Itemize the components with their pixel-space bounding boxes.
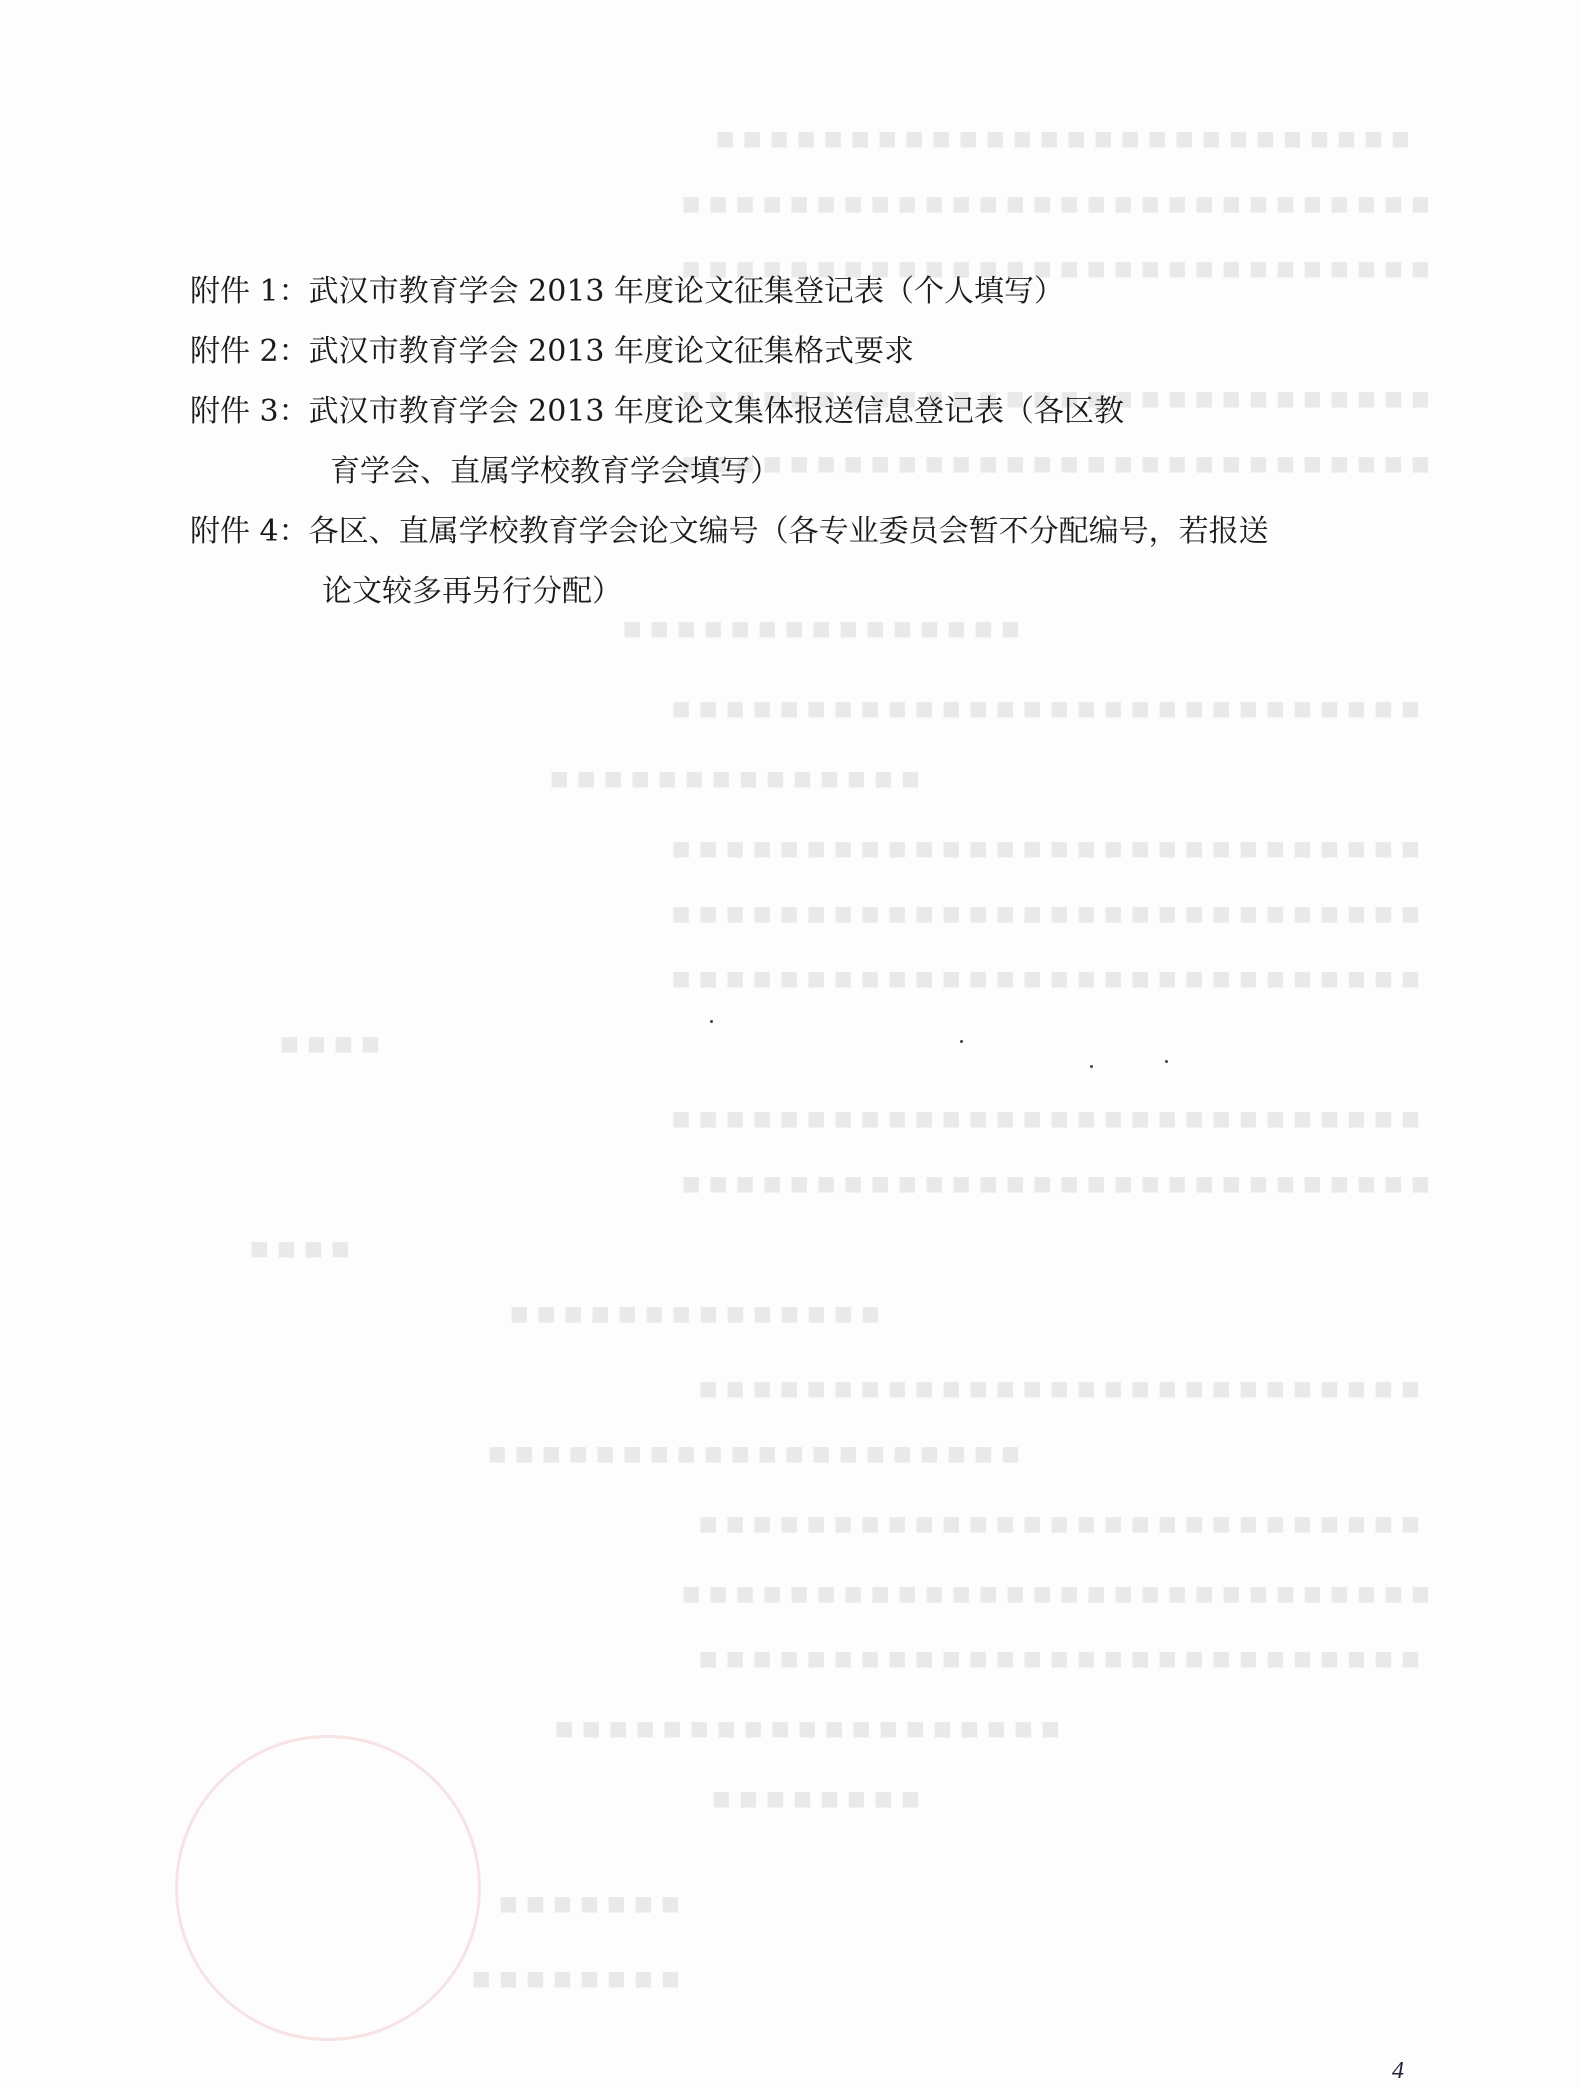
attachments-list: 附件 1： 武汉市教育学会 2013 年度论文征集登记表（个人填写） 附件 2：… bbox=[190, 262, 1430, 622]
faint-stamp-circle bbox=[175, 1735, 481, 2041]
scan-speck bbox=[710, 1020, 713, 1023]
scan-speck bbox=[1165, 1060, 1168, 1063]
attachment-4-continuation: 论文较多再另行分配） bbox=[190, 562, 1430, 622]
attachment-2: 附件 2： 武汉市教育学会 2013 年度论文征集格式要求 bbox=[190, 322, 1430, 382]
attachment-title: 武汉市教育学会 2013 年度论文集体报送信息登记表（各区教 bbox=[309, 382, 1124, 442]
scan-speck bbox=[960, 1040, 963, 1043]
attachment-label: 附件 1： bbox=[190, 262, 309, 322]
scanned-page: ▪▪▪▪▪▪▪▪▪▪▪▪▪▪▪▪▪▪▪▪▪▪▪▪▪▪ ▪▪▪▪▪▪▪▪▪▪▪▪▪… bbox=[0, 0, 1581, 2089]
attachment-1: 附件 1： 武汉市教育学会 2013 年度论文征集登记表（个人填写） bbox=[190, 262, 1430, 322]
attachment-label: 附件 4： bbox=[190, 502, 309, 562]
attachment-3: 附件 3： 武汉市教育学会 2013 年度论文集体报送信息登记表（各区教 bbox=[190, 382, 1430, 442]
attachment-3-continuation: 育学会、直属学校教育学会填写） bbox=[190, 442, 1430, 502]
scan-speck bbox=[1090, 1065, 1093, 1068]
page-number: 4 bbox=[1392, 2058, 1404, 2085]
attachment-label: 附件 2： bbox=[190, 322, 309, 382]
attachment-title: 武汉市教育学会 2013 年度论文征集格式要求 bbox=[309, 322, 914, 382]
attachment-title: 各区、直属学校教育学会论文编号（各专业委员会暂不分配编号，若报送 bbox=[309, 502, 1269, 562]
attachment-title: 武汉市教育学会 2013 年度论文征集登记表（个人填写） bbox=[309, 262, 1064, 322]
attachment-label: 附件 3： bbox=[190, 382, 309, 442]
attachment-4: 附件 4： 各区、直属学校教育学会论文编号（各专业委员会暂不分配编号，若报送 bbox=[190, 502, 1430, 562]
